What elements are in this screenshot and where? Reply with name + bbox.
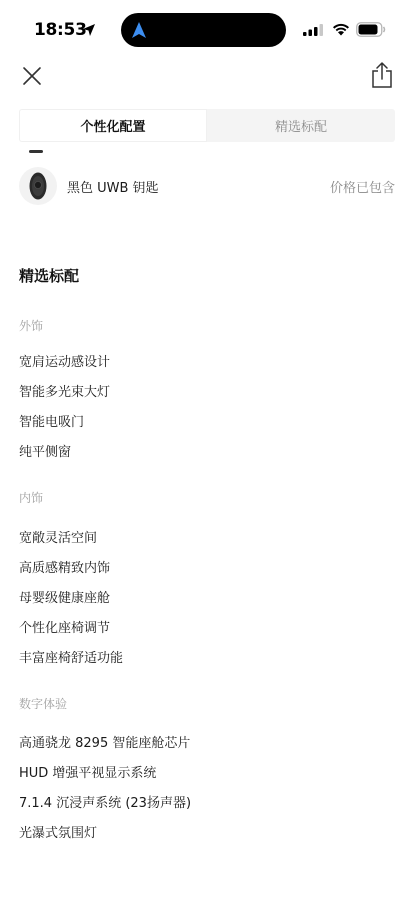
feature-item: 纯平侧窗 [19,441,71,460]
feature-item: 智能多光束大灯 [19,381,110,400]
feature-item: HUD 增强平视显示系统 [19,762,156,781]
key-thumbnail [19,167,57,205]
share-icon[interactable] [370,61,394,89]
option-item-uwb-key[interactable]: 黑色 UWB 钥匙 价格已包含 [19,167,395,205]
close-icon[interactable] [20,64,44,88]
wifi-icon [332,22,350,36]
option-price: 价格已包含 [330,177,395,196]
tab-standard-features[interactable]: 精选标配 [207,109,395,142]
tab-personalized-config[interactable]: 个性化配置 [19,109,207,142]
feature-item: 智能电吸门 [19,411,84,430]
partial-option-thumbnail [29,150,43,153]
feature-item: 个性化座椅调节 [19,617,110,636]
feature-item: 7.1.4 沉浸声系统 (23扬声器) [19,792,191,811]
key-fob-icon [29,172,47,200]
location-arrow-icon [82,23,96,37]
group-title-digital: 数字体验 [19,695,67,712]
status-bar: 18:53 [0,0,414,56]
feature-item: 宽敞灵活空间 [19,527,97,546]
feature-item: 宽肩运动感设计 [19,351,110,370]
navigation-icon [132,22,146,38]
config-tabs: 个性化配置 精选标配 [19,109,395,142]
feature-item: 母婴级健康座舱 [19,587,110,606]
option-label: 黑色 UWB 钥匙 [67,177,159,196]
section-title-standard: 精选标配 [19,265,79,286]
feature-item: 高通骁龙 8295 智能座舱芯片 [19,732,190,751]
dynamic-island [121,13,286,47]
feature-item: 高质感精致内饰 [19,557,110,576]
feature-item: 丰富座椅舒适功能 [19,647,123,666]
status-time: 18:53 [34,20,87,40]
group-title-interior: 内饰 [19,489,43,506]
feature-item: 光瀑式氛围灯 [19,822,97,841]
group-title-exterior: 外饰 [19,317,43,334]
battery-icon [356,22,386,37]
top-nav-bar [0,56,414,100]
cellular-signal-icon [303,24,325,36]
